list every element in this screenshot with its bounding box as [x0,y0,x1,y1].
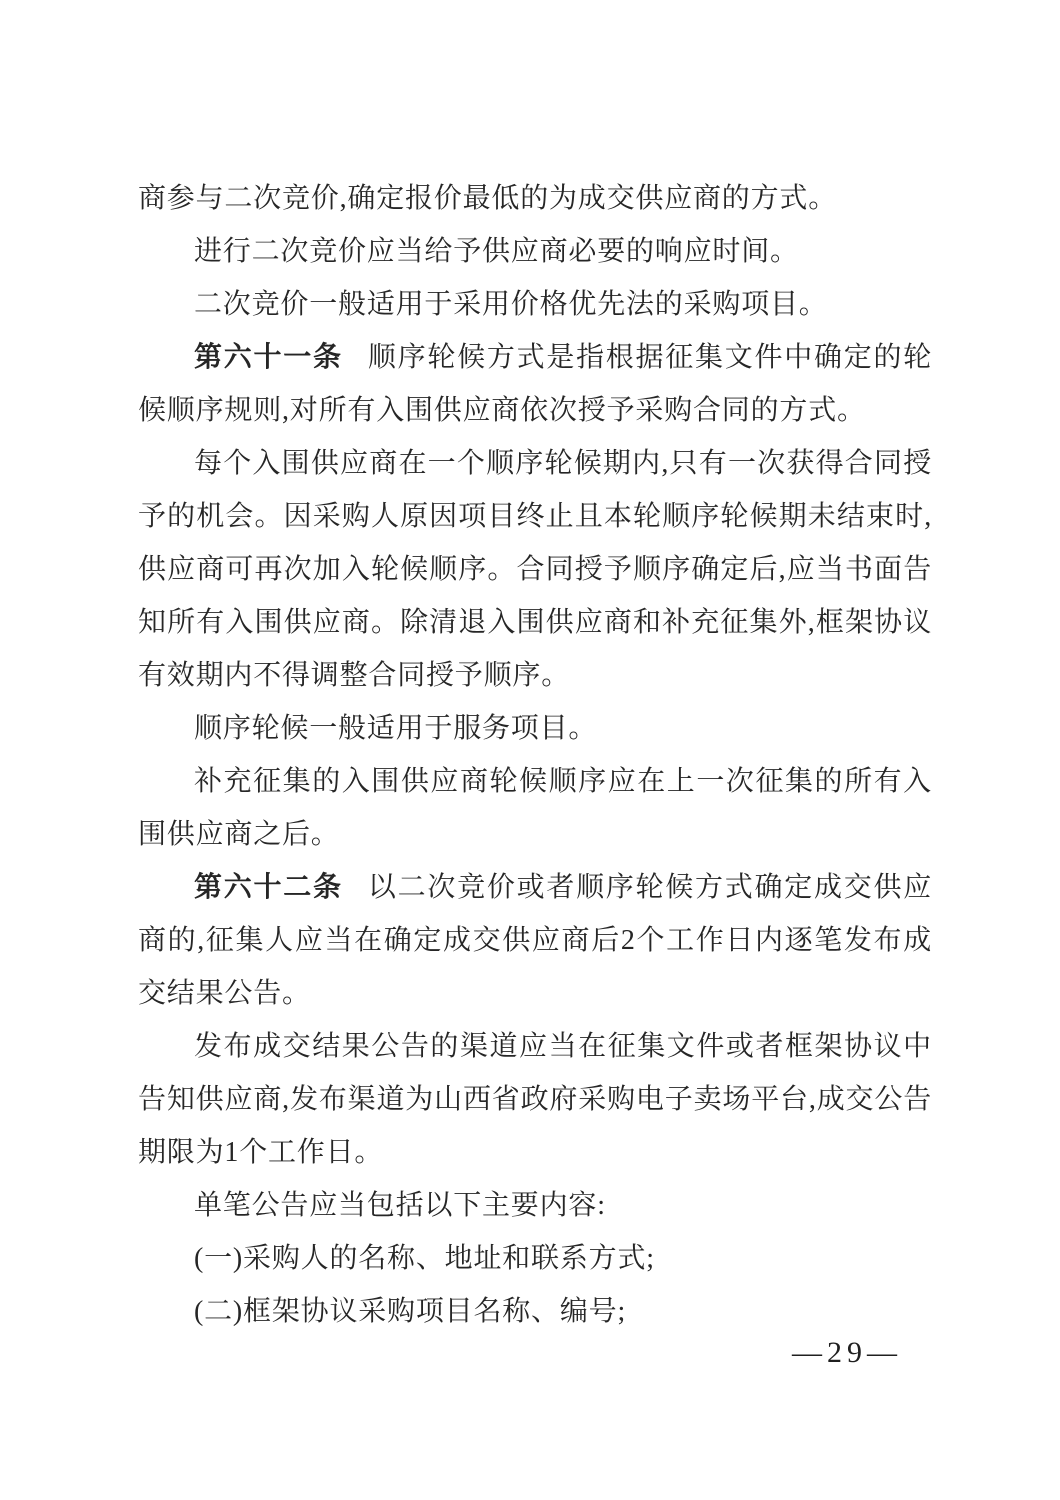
paragraph-text: 顺序轮候一般适用于服务项目。 [194,713,597,744]
paragraph-text: 商参与二次竞价,确定报价最低的为成交供应商的方式。 [138,183,837,214]
list-item: (一)采购人的名称、地址和联系方式; [138,1232,932,1285]
article-number: 第六十一条 [194,342,343,373]
document-body: 商参与二次竞价,确定报价最低的为成交供应商的方式。 进行二次竞价应当给予供应商必… [138,172,932,1338]
paragraph-article-61: 第六十一条顺序轮候方式是指根据征集文件中确定的轮候顺序规则,对所有入围供应商依次… [138,331,932,437]
paragraph-text: 每个入围供应商在一个顺序轮候期内,只有一次获得合同授予的机会。因采购人原因项目终… [138,448,932,691]
paragraph-text: 进行二次竞价应当给予供应商必要的响应时间。 [194,236,799,267]
paragraph: 顺序轮候一般适用于服务项目。 [138,702,932,755]
paragraph: 进行二次竞价应当给予供应商必要的响应时间。 [138,225,932,278]
paragraph: 补充征集的入围供应商轮候顺序应在上一次征集的所有入围供应商之后。 [138,755,932,861]
page-number: —29— [792,1336,902,1370]
paragraph-text: (二)框架协议采购项目名称、编号; [194,1296,626,1327]
paragraph-text: 补充征集的入围供应商轮候顺序应在上一次征集的所有入围供应商之后。 [138,766,932,850]
list-item: (二)框架协议采购项目名称、编号; [138,1285,932,1338]
paragraph-text: 二次竞价一般适用于采用价格优先法的采购项目。 [194,289,828,320]
document-page: 商参与二次竞价,确定报价最低的为成交供应商的方式。 进行二次竞价应当给予供应商必… [0,0,1060,1500]
paragraph: 单笔公告应当包括以下主要内容: [138,1179,932,1232]
paragraph-article-62: 第六十二条以二次竞价或者顺序轮候方式确定成交供应商的,征集人应当在确定成交供应商… [138,861,932,1020]
paragraph: 每个入围供应商在一个顺序轮候期内,只有一次获得合同授予的机会。因采购人原因项目终… [138,437,932,702]
paragraph: 发布成交结果公告的渠道应当在征集文件或者框架协议中告知供应商,发布渠道为山西省政… [138,1020,932,1179]
paragraph-text: (一)采购人的名称、地址和联系方式; [194,1243,655,1274]
paragraph-text: 发布成交结果公告的渠道应当在征集文件或者框架协议中告知供应商,发布渠道为山西省政… [138,1031,932,1168]
paragraph-text: 单笔公告应当包括以下主要内容: [194,1190,606,1221]
article-number: 第六十二条 [194,872,343,903]
paragraph: 二次竞价一般适用于采用价格优先法的采购项目。 [138,278,932,331]
paragraph: 商参与二次竞价,确定报价最低的为成交供应商的方式。 [138,172,932,225]
